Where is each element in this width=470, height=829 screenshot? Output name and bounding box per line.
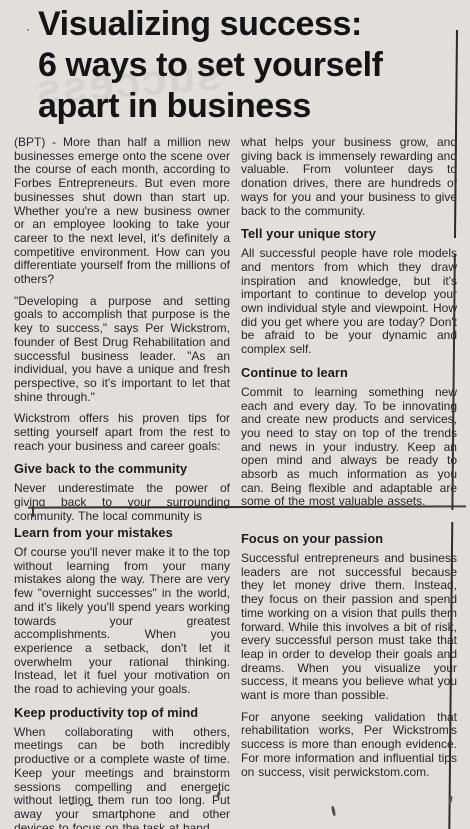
divider-tick-mark <box>32 506 34 517</box>
article-paragraph: what helps your business grow, and givin… <box>241 136 457 218</box>
article-paragraph: For anyone seeking validation that rehab… <box>241 711 457 780</box>
article-paragraph: (BPT) - More than half a million new bus… <box>14 136 230 287</box>
section-heading: Continue to learn <box>241 365 457 380</box>
section-heading: Learn from your mistakes <box>14 525 230 540</box>
article-paragraph: Wickstrom offers his proven tips for set… <box>14 412 230 453</box>
section-heading: Give back to the community <box>14 461 230 476</box>
bottom-right-column: Focus on your passionSuccessful entrepre… <box>241 522 457 822</box>
scanned-newspaper-page: success Visualizing success:6 ways to se… <box>0 0 470 829</box>
section-heading: Focus on your passion <box>241 531 457 546</box>
article-paragraph: Of course you'll never make it to the to… <box>14 546 230 697</box>
article-paragraph: All successful people have role models a… <box>241 247 457 357</box>
article-paragraph: Successful entrepreneurs and business le… <box>241 552 457 703</box>
top-right-column: what helps your business grow, and givin… <box>241 136 457 508</box>
article-top-section: (BPT) - More than half a million new bus… <box>14 136 458 508</box>
headline-line-3: apart in business <box>38 87 311 125</box>
headline-line-1: Visualizing success: <box>38 5 362 43</box>
section-heading: Keep productivity top of mind <box>14 705 230 720</box>
article-paragraph: "Developing a purpose and setting goals … <box>14 295 230 405</box>
bottom-left-column: Learn from your mistakesOf course you'll… <box>14 522 230 822</box>
ink-speck <box>80 804 82 806</box>
article-paragraph: Never underestimate the power of giving … <box>14 482 230 523</box>
article-headline: Visualizing success:6 ways to set yourse… <box>38 4 458 127</box>
article-paragraph: When collaborating with others, meetings… <box>14 726 230 829</box>
article-paragraph: Commit to learning something new each an… <box>241 386 457 509</box>
article-bottom-section: Learn from your mistakesOf course you'll… <box>14 522 458 822</box>
headline-line-2: 6 ways to set yourself <box>38 46 383 84</box>
section-heading: Tell your unique story <box>241 226 457 241</box>
ink-speck <box>27 29 29 31</box>
ink-speck <box>90 804 93 806</box>
top-left-column: (BPT) - More than half a million new bus… <box>14 136 230 508</box>
ink-speck <box>70 803 73 805</box>
